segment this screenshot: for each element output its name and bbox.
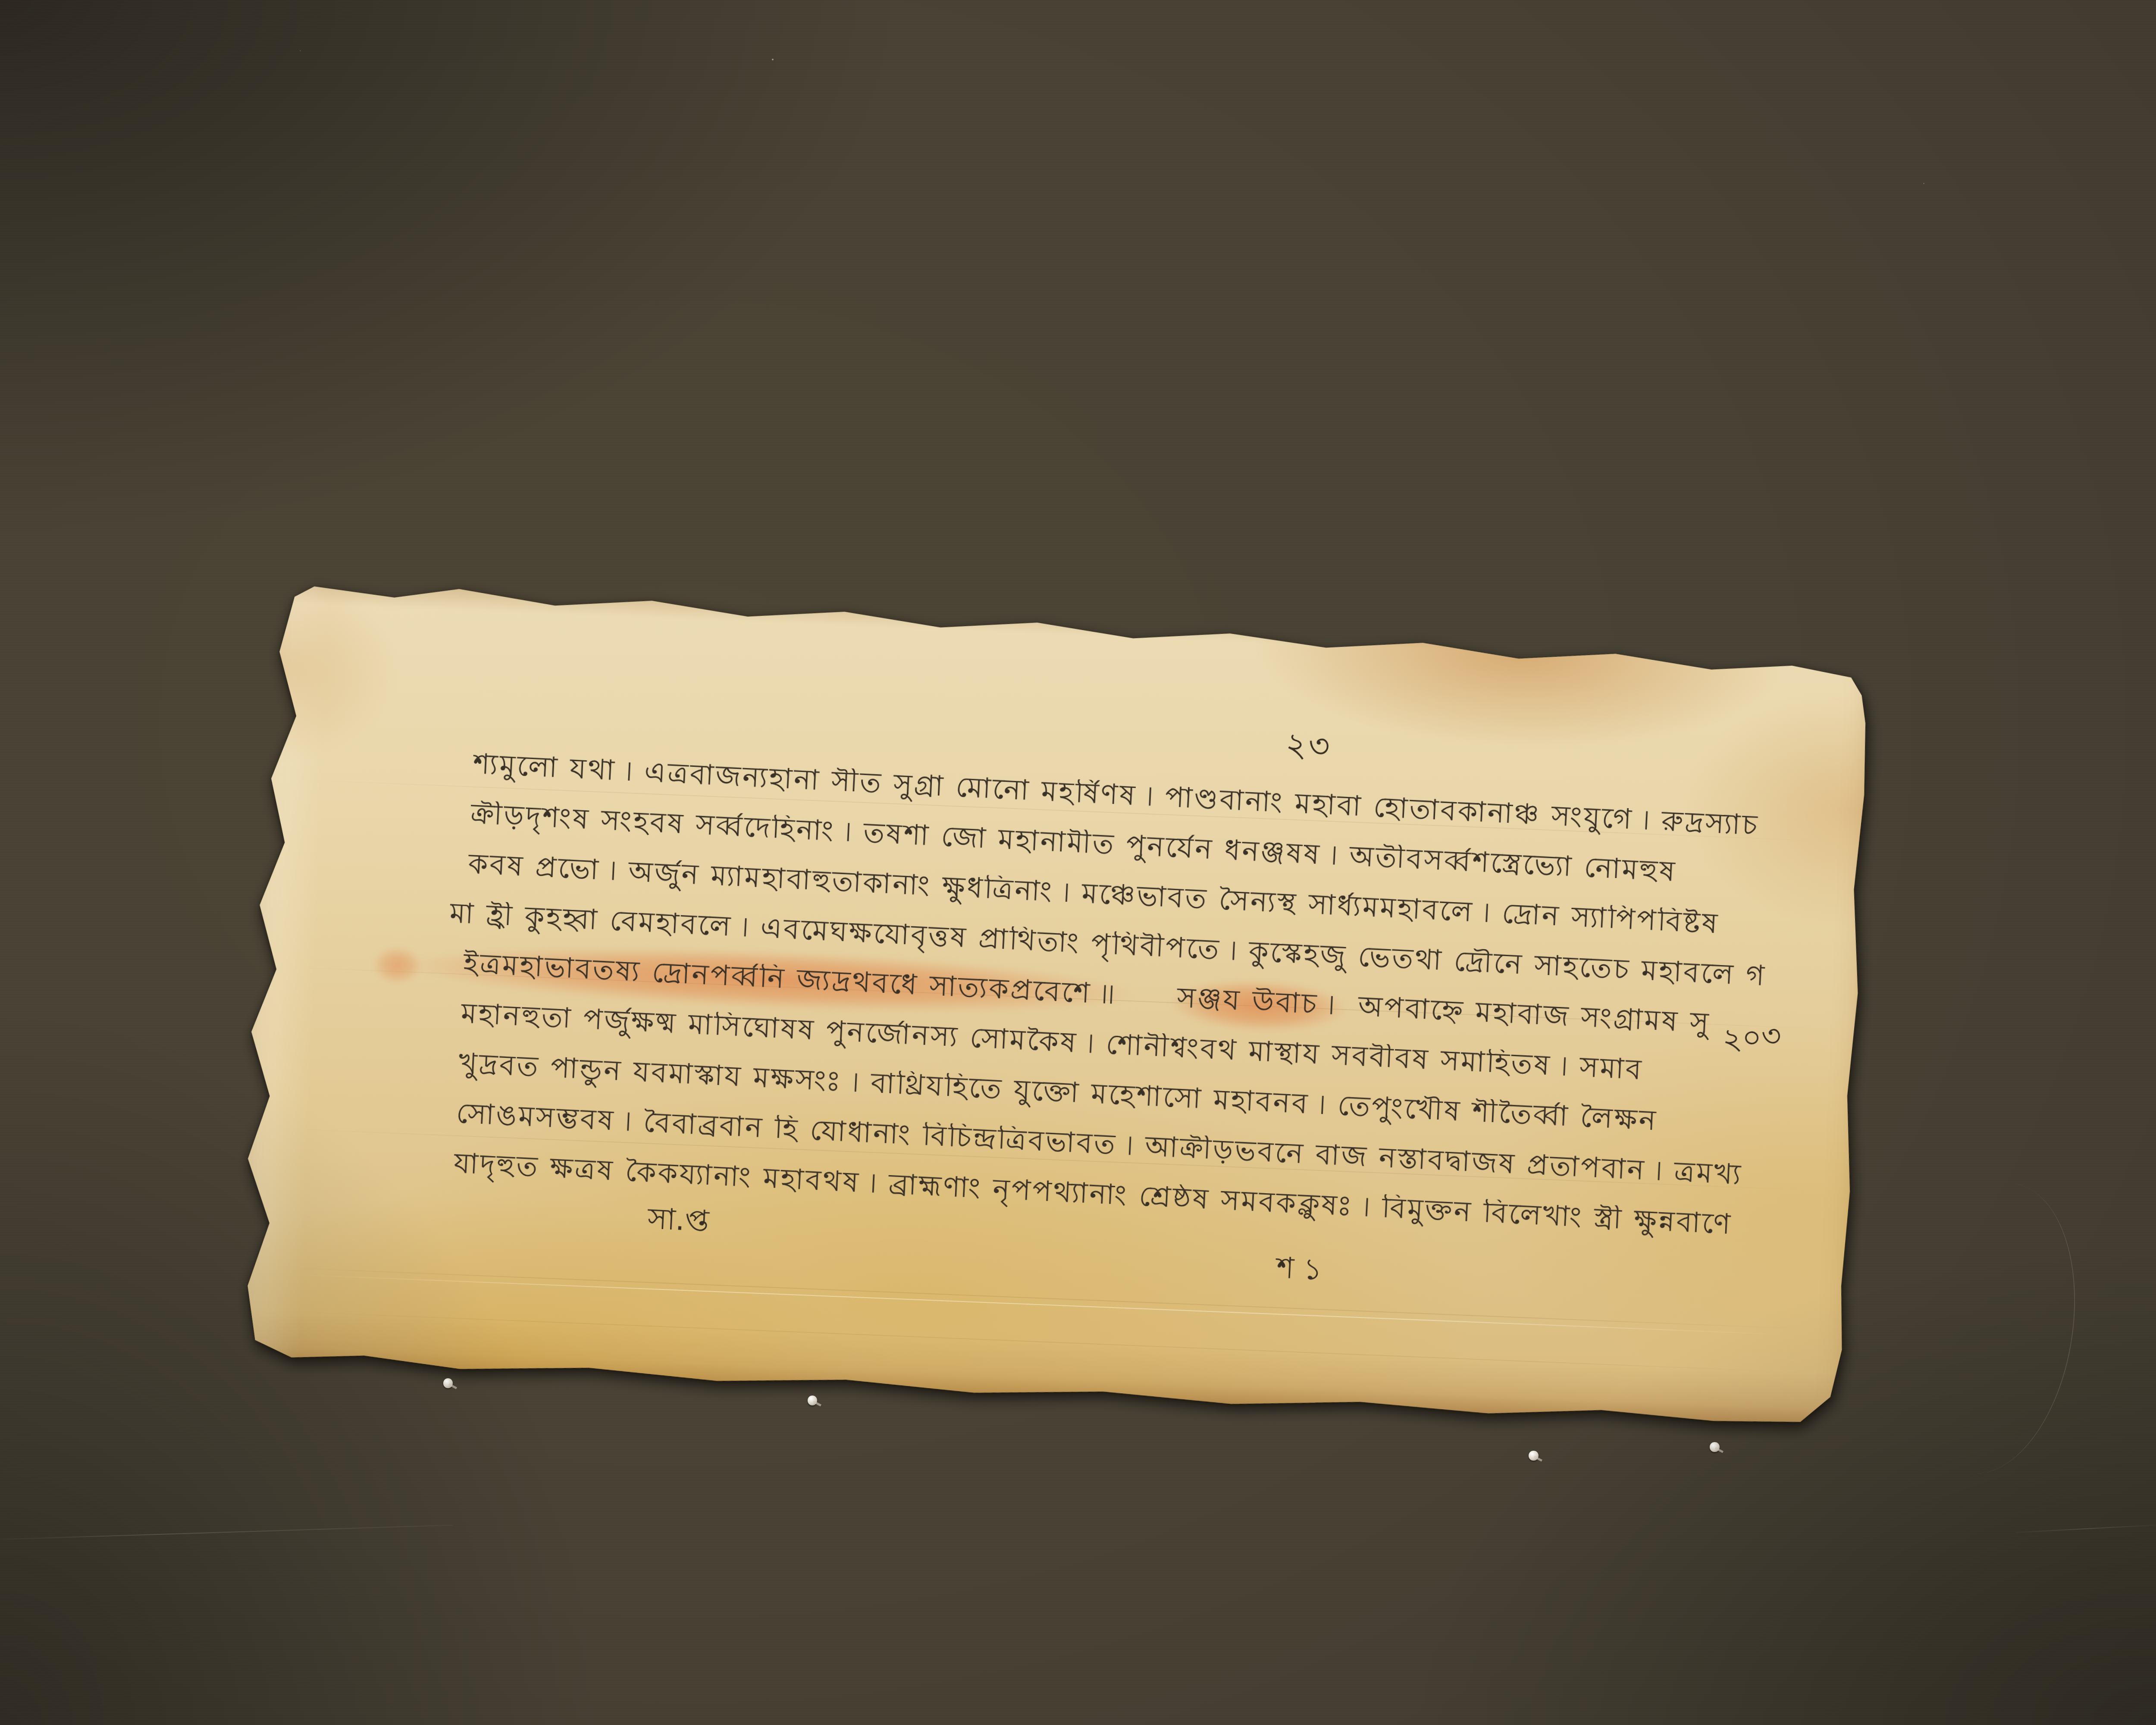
- handwritten-text-block: ২৩ শ্যমুলো যথা ৷ এত্রবাজন্যহানা সীত সুগ্…: [232, 566, 1877, 1436]
- mat-dust-speck: [1923, 183, 1924, 184]
- mounting-pin: [443, 1378, 453, 1388]
- margin-mark-bottom-center: শ ১: [1275, 1245, 1323, 1296]
- speaker-formula-text: সঞ্জয উবাচ ৷: [1176, 984, 1336, 1019]
- manuscript-paper-surface: ২৩ শ্যমুলো যথা ৷ এত্রবাজন্যহানা সীত সুগ্…: [235, 572, 1874, 1429]
- margin-number-right: ২০৩: [1720, 1012, 1783, 1067]
- mat-dust-speck: [772, 59, 774, 60]
- mounting-pin: [1710, 1442, 1720, 1452]
- mat-scratch-bottom-left: [0, 1525, 453, 1540]
- mounting-pin: [808, 1396, 818, 1405]
- folio-number: ২৩: [1284, 719, 1332, 776]
- mat-dust-speck: [300, 50, 301, 51]
- mat-scratch-right-curve: [1888, 1171, 2095, 1486]
- photo-background-mat: ২৩ শ্যমুলো যথা ৷ এত্রবাজন্যহানা সীত সুগ্…: [0, 0, 2156, 1725]
- margin-mark-bottom-left: সা.প্ত: [646, 1195, 710, 1248]
- mounting-pin: [1529, 1451, 1539, 1461]
- mat-scratch-bottom-right: [2016, 1524, 2156, 1533]
- manuscript-leaf: ২৩ শ্যমুলো যথা ৷ এত্রবাজন্যহানা সীত সুগ্…: [235, 572, 1874, 1429]
